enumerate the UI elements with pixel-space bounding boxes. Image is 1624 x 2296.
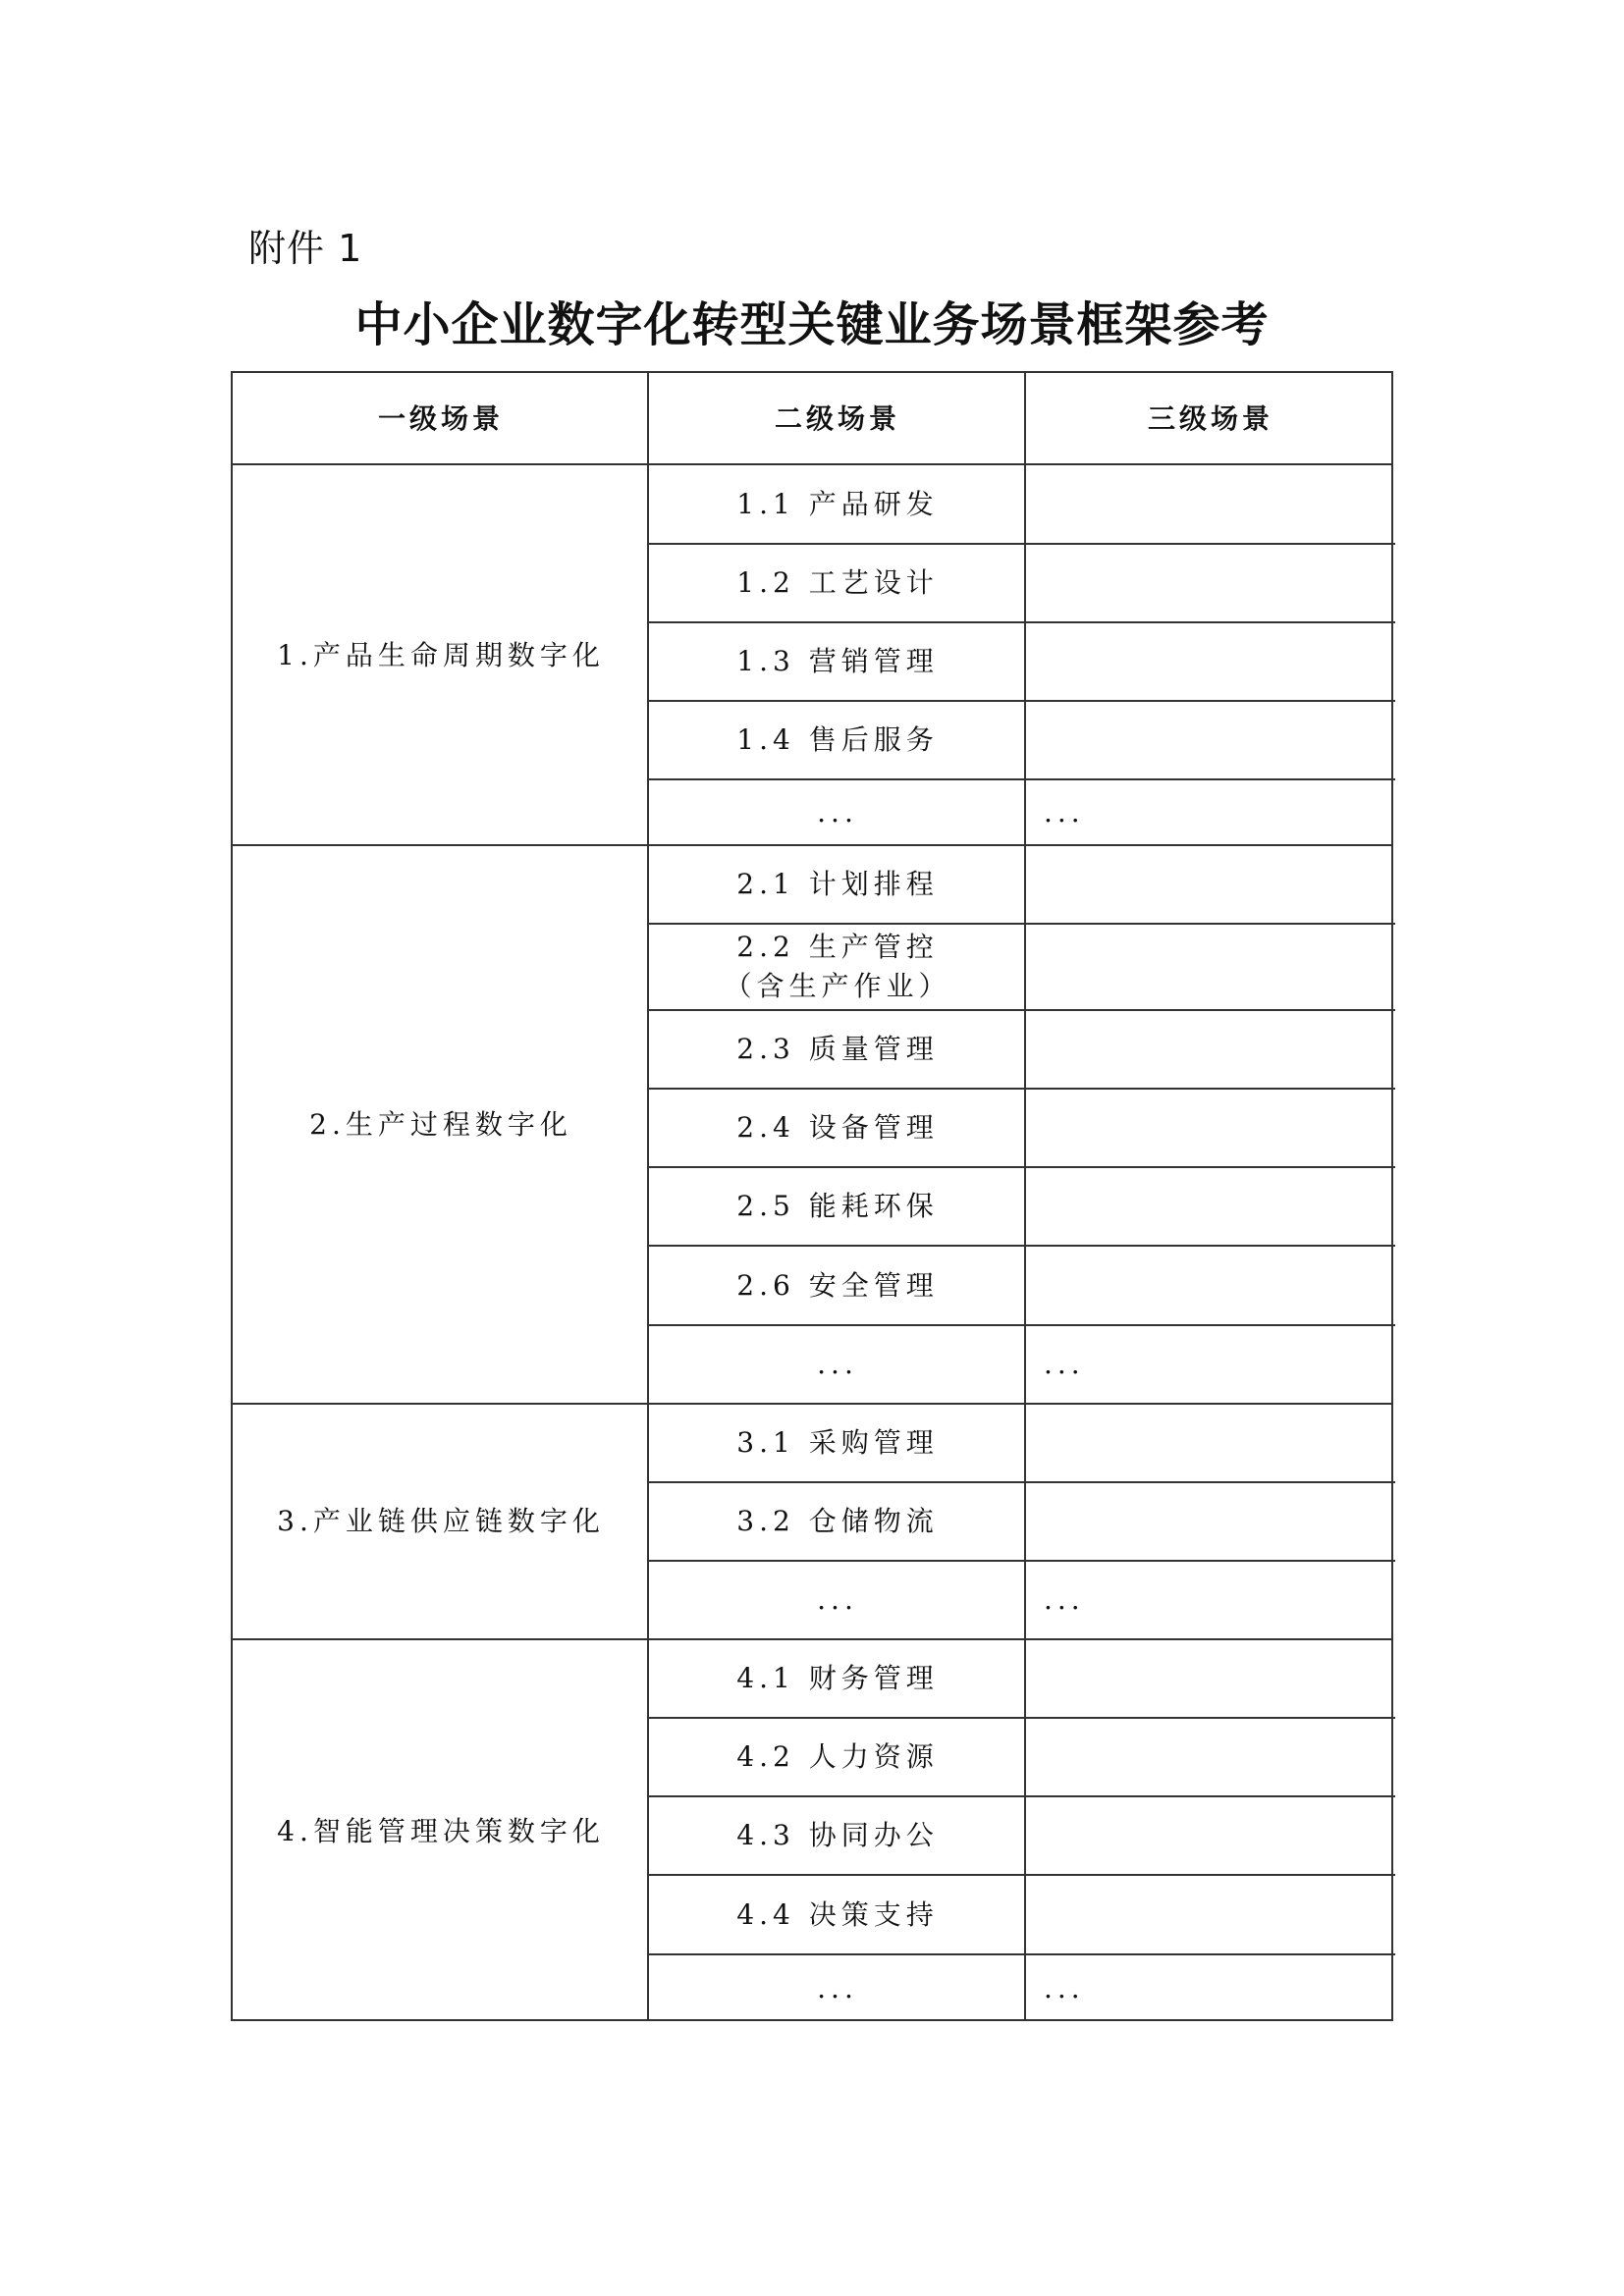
- level1-scenario: 1.产品生命周期数字化: [233, 465, 649, 845]
- column-header: 二级场景: [649, 373, 1026, 465]
- level2-scenario: 2.3 质量管理: [649, 1010, 1026, 1089]
- column-header: 一级场景: [233, 373, 649, 465]
- level2-scenario: 4.3 协同办公: [649, 1796, 1026, 1875]
- level3-scenario: [1026, 1167, 1395, 1246]
- level1-scenario: 3.产业链供应链数字化: [233, 1404, 649, 1639]
- level2-scenario: 2.4 设备管理: [649, 1089, 1026, 1167]
- level2-scenario: 1.2 工艺设计: [649, 544, 1026, 622]
- page-title: 中小企业数字化转型关键业务场景框架参考: [0, 287, 1624, 354]
- level3-scenario: [1026, 1089, 1395, 1167]
- level2-scenario: 3.2 仓储物流: [649, 1482, 1026, 1561]
- level2-scenario: 1.1 产品研发: [649, 465, 1026, 544]
- level2-scenario: ...: [649, 1954, 1026, 2023]
- level3-scenario: [1026, 1246, 1395, 1325]
- level3-scenario: ...: [1026, 1325, 1395, 1404]
- level2-label: 2.2 生产管控（含生产作业）: [724, 928, 950, 1006]
- level3-scenario: [1026, 924, 1395, 1010]
- level3-scenario: [1026, 1718, 1395, 1796]
- level2-scenario: 2.6 安全管理: [649, 1246, 1026, 1325]
- level2-scenario: 2.2 生产管控（含生产作业）: [649, 924, 1026, 1010]
- level2-scenario: 4.2 人力资源: [649, 1718, 1026, 1796]
- attachment-label: 附件 1: [248, 218, 362, 272]
- level2-label-line: 2.2 生产管控: [724, 928, 950, 967]
- column-header: 三级场景: [1026, 373, 1395, 465]
- level3-scenario: [1026, 1482, 1395, 1561]
- level2-scenario: 1.4 售后服务: [649, 701, 1026, 779]
- level3-scenario: [1026, 1796, 1395, 1875]
- level3-scenario: ...: [1026, 779, 1395, 845]
- level3-scenario: [1026, 465, 1395, 544]
- level2-scenario: 3.1 采购管理: [649, 1404, 1026, 1482]
- level2-scenario: ...: [649, 1325, 1026, 1404]
- level2-scenario: 1.3 营销管理: [649, 622, 1026, 701]
- level2-scenario: ...: [649, 1561, 1026, 1639]
- level3-scenario: [1026, 1639, 1395, 1718]
- level3-scenario: [1026, 1875, 1395, 1954]
- level1-scenario: 4.智能管理决策数字化: [233, 1639, 649, 2023]
- level3-scenario: [1026, 544, 1395, 622]
- level1-scenario: 2.生产过程数字化: [233, 845, 649, 1404]
- level3-scenario: [1026, 845, 1395, 924]
- level3-scenario: [1026, 701, 1395, 779]
- level3-scenario: ...: [1026, 1561, 1395, 1639]
- level2-scenario: 4.4 决策支持: [649, 1875, 1026, 1954]
- scenario-table: 一级场景二级场景三级场景1.产品生命周期数字化1.1 产品研发1.2 工艺设计1…: [231, 371, 1393, 2021]
- level3-scenario: [1026, 1010, 1395, 1089]
- level2-scenario: ...: [649, 779, 1026, 845]
- level3-scenario: [1026, 622, 1395, 701]
- level2-scenario: 2.1 计划排程: [649, 845, 1026, 924]
- level2-scenario: 4.1 财务管理: [649, 1639, 1026, 1718]
- level3-scenario: [1026, 1404, 1395, 1482]
- level2-label-note: （含生产作业）: [724, 967, 950, 1006]
- level2-scenario: 2.5 能耗环保: [649, 1167, 1026, 1246]
- level3-scenario: ...: [1026, 1954, 1395, 2023]
